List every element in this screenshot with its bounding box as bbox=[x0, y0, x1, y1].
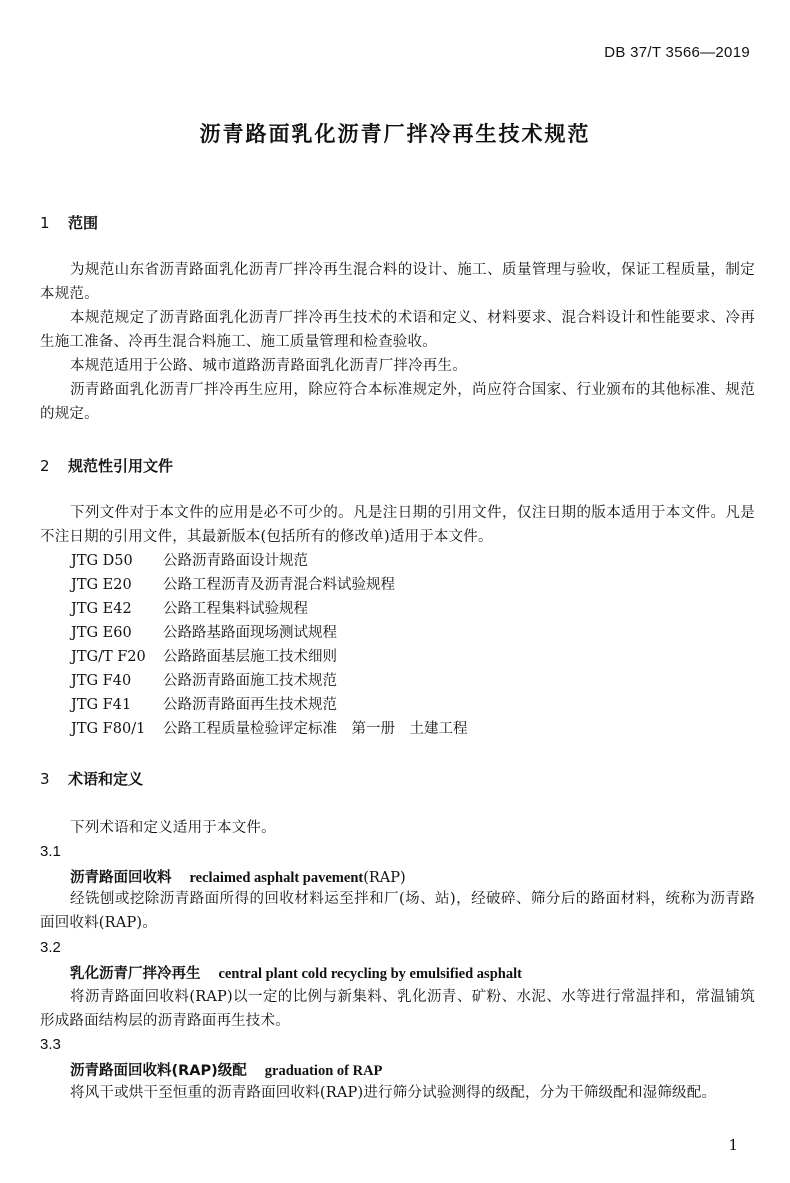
paragraph: 本规范规定了沥青路面乳化沥青厂拌冷再生技术的术语和定义、材料要求、混合料设计和性… bbox=[40, 306, 755, 354]
term-definition: 将风干或烘干至恒重的沥青路面回收料(RAP)进行筛分试验测得的级配，分为干筛级配… bbox=[40, 1081, 755, 1105]
reference-title: 公路工程沥青及沥青混合料试验规程 bbox=[163, 577, 395, 593]
reference-title: 公路路基路面现场测试规程 bbox=[163, 625, 337, 641]
term-zh: 沥青路面回收料 bbox=[70, 870, 172, 886]
page-title: 沥青路面乳化沥青厂拌冷再生技术规范 bbox=[0, 118, 790, 148]
section-number: 3 bbox=[40, 770, 68, 788]
section-number: 2 bbox=[40, 457, 68, 475]
reference-code: JTG E42 bbox=[71, 597, 163, 621]
reference-title: 公路沥青路面施工技术规范 bbox=[163, 673, 337, 689]
reference-title: 公路路面基层施工技术细则 bbox=[163, 649, 337, 665]
reference-code: JTG D50 bbox=[71, 549, 163, 573]
reference-code: JTG/T F20 bbox=[71, 645, 163, 669]
reference-item: JTG/T F20公路路面基层施工技术细则 bbox=[71, 645, 337, 669]
reference-item: JTG F41公路沥青路面再生技术规范 bbox=[71, 693, 337, 717]
term-heading: 沥青路面回收料(RAP)级配graduation of RAP bbox=[70, 1059, 382, 1080]
section-title: 规范性引用文件 bbox=[68, 457, 173, 475]
clause-number: 3.3 bbox=[40, 1036, 61, 1053]
section-heading-1: 1范围 bbox=[40, 212, 98, 233]
reference-item: JTG F80/1公路工程质量检验评定标准 第一册 土建工程 bbox=[71, 717, 468, 741]
term-en: central plant cold recycling by emulsifi… bbox=[219, 966, 522, 982]
term-definition: 将沥青路面回收料(RAP)以一定的比例与新集料、乳化沥青、矿粉、水泥、水等进行常… bbox=[40, 985, 755, 1033]
reference-code: JTG F41 bbox=[71, 693, 163, 717]
paragraph: 本规范适用于公路、城市道路沥青路面乳化沥青厂拌冷再生。 bbox=[40, 354, 755, 378]
reference-title: 公路工程质量检验评定标准 第一册 土建工程 bbox=[163, 721, 468, 737]
term-en: graduation of RAP bbox=[265, 1063, 383, 1079]
document-id: DB 37/T 3566—2019 bbox=[604, 44, 750, 61]
reference-title: 公路沥青路面设计规范 bbox=[163, 553, 308, 569]
reference-item: JTG F40公路沥青路面施工技术规范 bbox=[71, 669, 337, 693]
clause-number: 3.2 bbox=[40, 939, 61, 956]
reference-title: 公路工程集料试验规程 bbox=[163, 601, 308, 617]
reference-title: 公路沥青路面再生技术规范 bbox=[163, 697, 337, 713]
reference-item: JTG E20公路工程沥青及沥青混合料试验规程 bbox=[71, 573, 395, 597]
section-number: 1 bbox=[40, 214, 68, 232]
reference-code: JTG F40 bbox=[71, 669, 163, 693]
section-heading-2: 2规范性引用文件 bbox=[40, 455, 173, 476]
reference-item: JTG D50公路沥青路面设计规范 bbox=[71, 549, 308, 573]
term-zh: 沥青路面回收料(RAP)级配 bbox=[70, 1063, 247, 1079]
term-heading: 乳化沥青厂拌冷再生central plant cold recycling by… bbox=[70, 962, 522, 983]
paragraph: 为规范山东省沥青路面乳化沥青厂拌冷再生混合料的设计、施工、质量管理与验收，保证工… bbox=[40, 258, 755, 306]
section-title: 术语和定义 bbox=[68, 770, 143, 788]
paragraph: 下列术语和定义适用于本文件。 bbox=[40, 816, 755, 840]
term-en: reclaimed asphalt pavement bbox=[190, 870, 364, 886]
section-heading-3: 3术语和定义 bbox=[40, 768, 143, 789]
term-definition: 经铣刨或挖除沥青路面所得的回收材料运至拌和厂(场、站)，经破碎、筛分后的路面材料… bbox=[40, 887, 755, 935]
reference-code: JTG E20 bbox=[71, 573, 163, 597]
term-heading: 沥青路面回收料reclaimed asphalt pavement(RAP) bbox=[70, 866, 406, 887]
paragraph: 下列文件对于本文件的应用是必不可少的。凡是注日期的引用文件，仅注日期的版本适用于… bbox=[40, 501, 755, 549]
paragraph: 沥青路面乳化沥青厂拌冷再生应用，除应符合本标准规定外，尚应符合国家、行业颁布的其… bbox=[40, 378, 755, 426]
reference-code: JTG F80/1 bbox=[71, 717, 163, 741]
reference-item: JTG E60公路路基路面现场测试规程 bbox=[71, 621, 337, 645]
page-number: 1 bbox=[728, 1136, 738, 1154]
reference-code: JTG E60 bbox=[71, 621, 163, 645]
reference-item: JTG E42公路工程集料试验规程 bbox=[71, 597, 308, 621]
term-zh: 乳化沥青厂拌冷再生 bbox=[70, 966, 201, 982]
section-title: 范围 bbox=[68, 214, 98, 232]
clause-number: 3.1 bbox=[40, 843, 61, 860]
term-abbrev: (RAP) bbox=[363, 870, 405, 886]
